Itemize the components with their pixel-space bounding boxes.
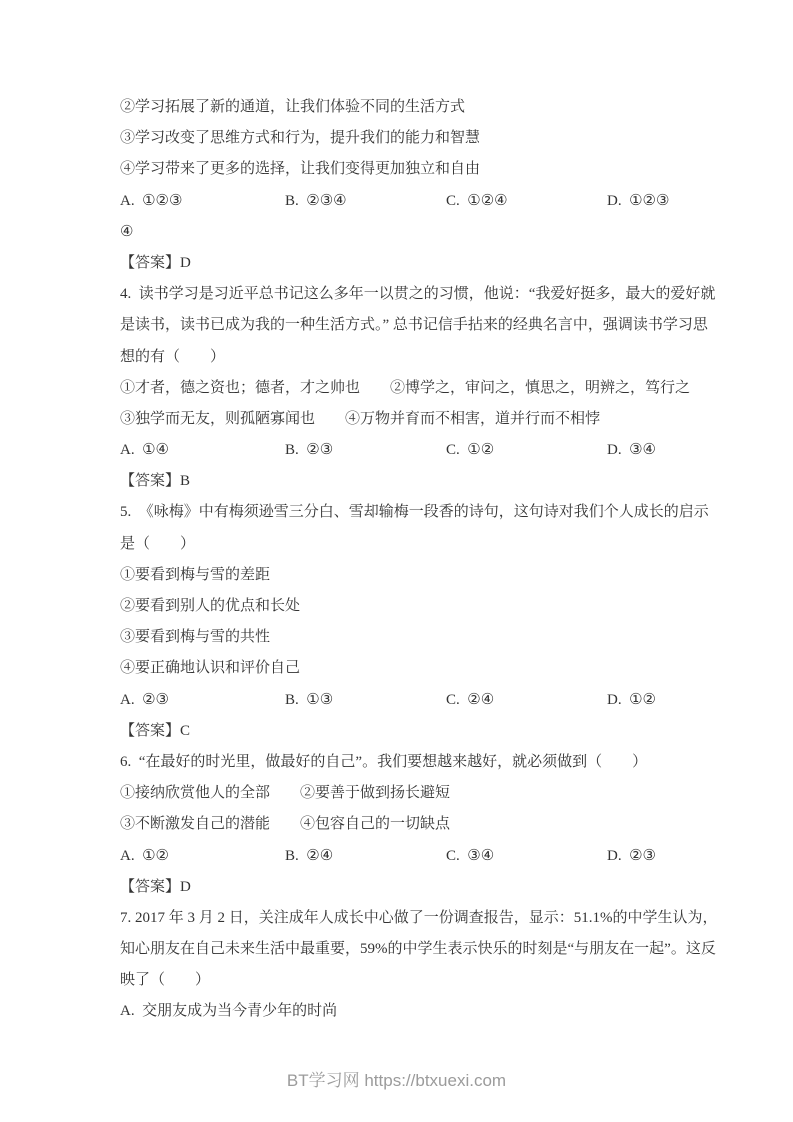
- q3-item-3: ③学习改变了思维方式和行为，提升我们的能力和智慧: [120, 123, 682, 154]
- q3-choice-d: D. ①②③: [607, 186, 682, 217]
- q4-items-row-2: ③独学而无友，则孤陋寡闻也 ④万物并育而不相害，道并行而不相悖: [120, 404, 682, 435]
- q6-stem-line-1: 6. “在最好的时光里，做最好的自己”。我们要想越来越好，就必须做到（ ）: [120, 747, 682, 778]
- q5-item-2: ②要看到别人的优点和长处: [120, 591, 682, 622]
- q5-stem-line-2: 是（ ）: [120, 529, 682, 560]
- q6-items-row-2: ③不断激发自己的潜能 ④包容自己的一切缺点: [120, 809, 682, 840]
- q3-choice-b: B. ②③④: [285, 186, 446, 217]
- q5-item-4: ④要正确地认识和评价自己: [120, 653, 682, 684]
- q3-item-2: ②学习拓展了新的通道，让我们体验不同的生活方式: [120, 92, 682, 123]
- q5-choice-b: B. ①③: [285, 685, 446, 716]
- q7-stem-line-2: 知心朋友在自己未来生活中最重要，59%的中学生表示快乐的时刻是“与朋友在一起”。…: [120, 934, 682, 965]
- q4-stem-line-1: 4. 读书学习是习近平总书记这么多年一以贯之的习惯，他说：“我爱好挺多，最大的爱…: [120, 279, 682, 310]
- q5-item-1: ①要看到梅与雪的差距: [120, 560, 682, 591]
- q5-item-3: ③要看到梅与雪的共性: [120, 622, 682, 653]
- q3-choice-d-wrap: ④: [120, 217, 682, 248]
- q6-choice-b: B. ②④: [285, 841, 446, 872]
- q5-choices-row: A. ②③ B. ①③ C. ②④ D. ①②: [120, 685, 682, 716]
- q3-answer: 【答案】D: [120, 248, 682, 279]
- q6-items-row-1: ①接纳欣赏他人的全部 ②要善于做到扬长避短: [120, 778, 682, 809]
- question-3-tail: ②学习拓展了新的通道，让我们体验不同的生活方式 ③学习改变了思维方式和行为，提升…: [120, 92, 682, 279]
- watermark-text: BT学习网 https://btxuexi.com: [287, 1071, 506, 1090]
- q5-answer: 【答案】C: [120, 716, 682, 747]
- q6-choice-c: C. ③④: [446, 841, 607, 872]
- q4-stem-line-3: 想的有（ ）: [120, 342, 682, 373]
- q5-choice-c: C. ②④: [446, 685, 607, 716]
- q3-item-4: ④学习带来了更多的选择，让我们变得更加独立和自由: [120, 154, 682, 185]
- q7-stem-line-3: 映了（ ）: [120, 965, 682, 996]
- q4-choice-d: D. ③④: [607, 435, 682, 466]
- q3-choices-row: A. ①②③ B. ②③④ C. ①②④ D. ①②③: [120, 186, 682, 217]
- q4-answer: 【答案】B: [120, 466, 682, 497]
- exam-page: ②学习拓展了新的通道，让我们体验不同的生活方式 ③学习改变了思维方式和行为，提升…: [0, 0, 793, 1122]
- question-7: 7. 2017 年 3 月 2 日，关注成年人成长中心做了一份调查报告，显示：5…: [120, 903, 682, 1028]
- q5-choice-a: A. ②③: [120, 685, 285, 716]
- q4-choice-b: B. ②③: [285, 435, 446, 466]
- q6-choice-d: D. ②③: [607, 841, 682, 872]
- q5-choice-d: D. ①②: [607, 685, 682, 716]
- q6-choices-row: A. ①② B. ②④ C. ③④ D. ②③: [120, 841, 682, 872]
- site-watermark: BT学习网 https://btxuexi.com: [0, 1066, 793, 1091]
- q4-items-row-1: ①才者，德之资也；德者，才之帅也 ②博学之，审问之，慎思之，明辨之，笃行之: [120, 373, 682, 404]
- q7-stem-line-1: 7. 2017 年 3 月 2 日，关注成年人成长中心做了一份调查报告，显示：5…: [120, 903, 682, 934]
- q4-stem-line-2: 是读书，读书已成为我的一种生活方式。” 总书记信手拈来的经典名言中，强调读书学习…: [120, 310, 682, 341]
- q3-choice-a: A. ①②③: [120, 186, 285, 217]
- q6-answer: 【答案】D: [120, 872, 682, 903]
- q4-choice-c: C. ①②: [446, 435, 607, 466]
- question-4: 4. 读书学习是习近平总书记这么多年一以贯之的习惯，他说：“我爱好挺多，最大的爱…: [120, 279, 682, 497]
- q6-choice-a: A. ①②: [120, 841, 285, 872]
- exam-content: ②学习拓展了新的通道，让我们体验不同的生活方式 ③学习改变了思维方式和行为，提升…: [120, 92, 682, 1028]
- q4-choices-row: A. ①④ B. ②③ C. ①② D. ③④: [120, 435, 682, 466]
- question-6: 6. “在最好的时光里，做最好的自己”。我们要想越来越好，就必须做到（ ） ①接…: [120, 747, 682, 903]
- q4-choice-a: A. ①④: [120, 435, 285, 466]
- q5-stem-line-1: 5. 《咏梅》中有梅须逊雪三分白、雪却输梅一段香的诗句，这句诗对我们个人成长的启…: [120, 497, 682, 528]
- question-5: 5. 《咏梅》中有梅须逊雪三分白、雪却输梅一段香的诗句，这句诗对我们个人成长的启…: [120, 497, 682, 747]
- q3-choice-c: C. ①②④: [446, 186, 607, 217]
- q7-option-a: A. 交朋友成为当今青少年的时尚: [120, 996, 682, 1027]
